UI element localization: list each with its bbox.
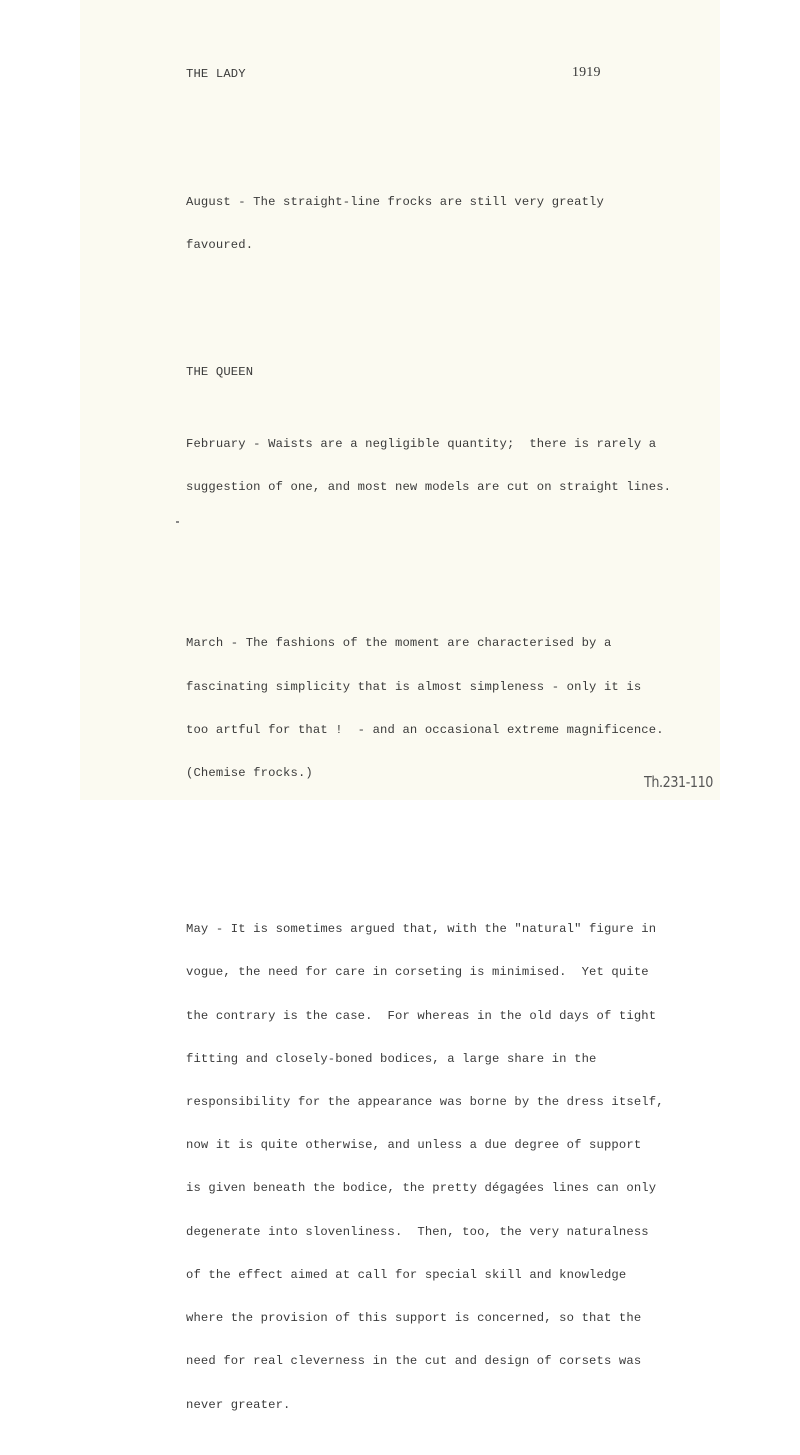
text-line: March - The fashions of the moment are c… [186, 636, 746, 650]
publication-name: THE LADY [186, 67, 246, 81]
text-line: too artful for that ! - and an occasiona… [186, 723, 746, 737]
typed-text-block: THE LADY 1919 August - The straight-line… [186, 38, 746, 800]
section-title-queen: THE QUEEN [186, 365, 746, 379]
entry-february: February - Waists are a negligible quant… [186, 408, 746, 523]
year-label: 1919 [572, 66, 601, 80]
text-line: suggestion of one, and most new models a… [186, 480, 746, 494]
text-line: fascinating simplicity that is almost si… [186, 680, 746, 694]
text-line: favoured. [186, 238, 746, 252]
text-line: February - Waists are a negligible quant… [186, 437, 746, 451]
entry-august: August - The straight-line frocks are st… [186, 166, 746, 281]
text-line: August - The straight-line frocks are st… [186, 195, 746, 209]
paper-speck [176, 521, 179, 523]
entry-march: March - The fashions of the moment are c… [186, 608, 746, 800]
page-header: THE LADY 1919 [186, 67, 746, 81]
archive-reference-handwritten: Th.231-110 [644, 773, 713, 791]
